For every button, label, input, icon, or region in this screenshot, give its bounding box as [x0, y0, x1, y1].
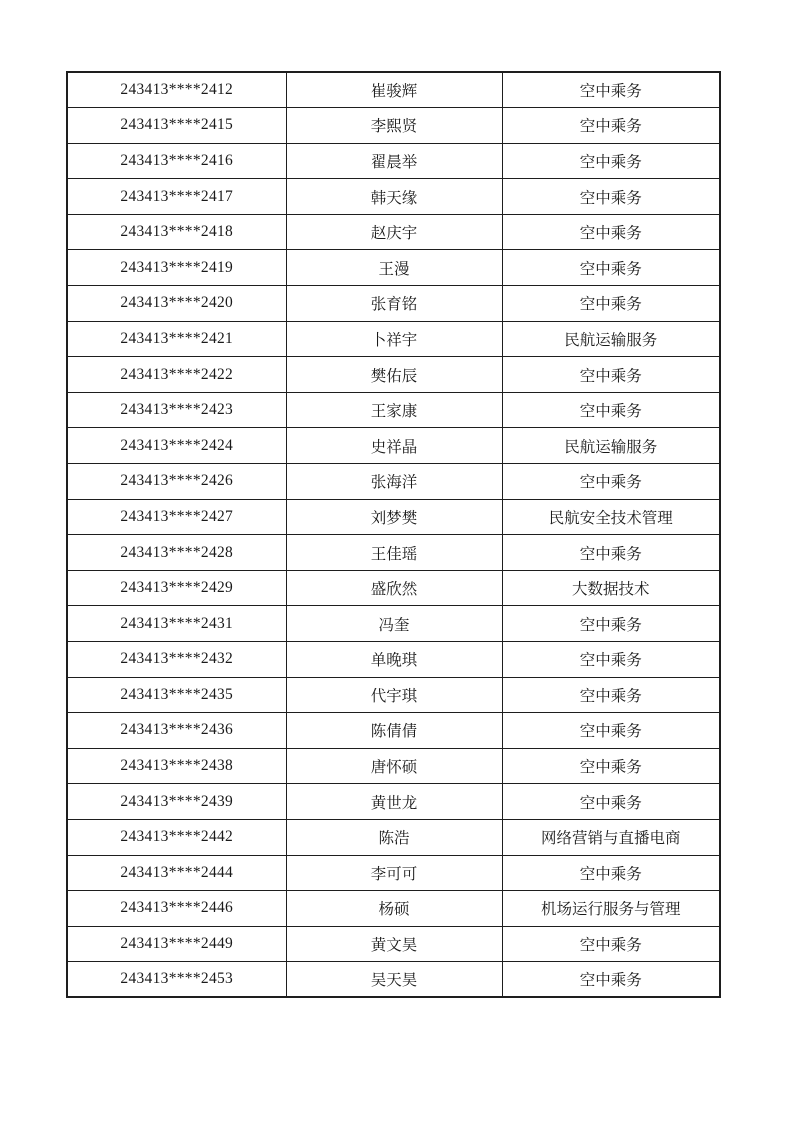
- major-cell: 空中乘务: [502, 143, 720, 179]
- table-row: 243413****2435 代宇琪 空中乘务: [67, 677, 720, 713]
- major-cell: 空中乘务: [502, 962, 720, 998]
- exam-number-cell: 243413****2444: [67, 855, 286, 891]
- table-row: 243413****2426 张海洋 空中乘务: [67, 464, 720, 500]
- major-cell: 网络营销与直播电商: [502, 819, 720, 855]
- student-name-cell: 王家康: [286, 392, 502, 428]
- major-cell: 空中乘务: [502, 214, 720, 250]
- student-name-cell: 赵庆宇: [286, 214, 502, 250]
- student-name-cell: 刘梦樊: [286, 499, 502, 535]
- exam-number-cell: 243413****2423: [67, 392, 286, 428]
- student-name-cell: 黄文昊: [286, 926, 502, 962]
- exam-number-cell: 243413****2453: [67, 962, 286, 998]
- major-cell: 空中乘务: [502, 642, 720, 678]
- table-row: 243413****2423 王家康 空中乘务: [67, 392, 720, 428]
- exam-number-cell: 243413****2421: [67, 321, 286, 357]
- table-row: 243413****2418 赵庆宇 空中乘务: [67, 214, 720, 250]
- exam-number-cell: 243413****2416: [67, 143, 286, 179]
- exam-number-cell: 243413****2439: [67, 784, 286, 820]
- student-name-cell: 王漫: [286, 250, 502, 286]
- major-cell: 空中乘务: [502, 535, 720, 571]
- exam-number-cell: 243413****2432: [67, 642, 286, 678]
- student-name-cell: 韩天缘: [286, 179, 502, 215]
- student-name-cell: 王佳瑶: [286, 535, 502, 571]
- major-cell: 空中乘务: [502, 748, 720, 784]
- student-name-cell: 代宇琪: [286, 677, 502, 713]
- exam-number-cell: 243413****2419: [67, 250, 286, 286]
- major-cell: 空中乘务: [502, 108, 720, 144]
- student-name-cell: 陈浩: [286, 819, 502, 855]
- exam-number-cell: 243413****2426: [67, 464, 286, 500]
- major-cell: 民航运输服务: [502, 321, 720, 357]
- exam-number-cell: 243413****2438: [67, 748, 286, 784]
- document-page: 243413****2412 崔骏辉 空中乘务 243413****2415 李…: [0, 0, 793, 1122]
- table-row: 243413****2415 李熙贤 空中乘务: [67, 108, 720, 144]
- table-row: 243413****2439 黄世龙 空中乘务: [67, 784, 720, 820]
- student-name-cell: 李可可: [286, 855, 502, 891]
- major-cell: 大数据技术: [502, 570, 720, 606]
- major-cell: 机场运行服务与管理: [502, 891, 720, 927]
- table-row: 243413****2421 卜祥宇 民航运输服务: [67, 321, 720, 357]
- table-row: 243413****2417 韩天缘 空中乘务: [67, 179, 720, 215]
- student-name-cell: 冯奎: [286, 606, 502, 642]
- table-row: 243413****2444 李可可 空中乘务: [67, 855, 720, 891]
- student-name-cell: 黄世龙: [286, 784, 502, 820]
- student-name-cell: 陈倩倩: [286, 713, 502, 749]
- student-name-cell: 翟晨举: [286, 143, 502, 179]
- student-name-cell: 李熙贤: [286, 108, 502, 144]
- student-name-cell: 史祥晶: [286, 428, 502, 464]
- student-roster-table: 243413****2412 崔骏辉 空中乘务 243413****2415 李…: [66, 71, 721, 998]
- major-cell: 空中乘务: [502, 855, 720, 891]
- major-cell: 空中乘务: [502, 392, 720, 428]
- student-name-cell: 樊佑辰: [286, 357, 502, 393]
- major-cell: 空中乘务: [502, 784, 720, 820]
- exam-number-cell: 243413****2417: [67, 179, 286, 215]
- table-row: 243413****2431 冯奎 空中乘务: [67, 606, 720, 642]
- table-row: 243413****2449 黄文昊 空中乘务: [67, 926, 720, 962]
- student-name-cell: 盛欣然: [286, 570, 502, 606]
- major-cell: 空中乘务: [502, 179, 720, 215]
- table-row: 243413****2419 王漫 空中乘务: [67, 250, 720, 286]
- major-cell: 空中乘务: [502, 72, 720, 108]
- roster-body: 243413****2412 崔骏辉 空中乘务 243413****2415 李…: [67, 72, 720, 997]
- table-row: 243413****2436 陈倩倩 空中乘务: [67, 713, 720, 749]
- table-row: 243413****2422 樊佑辰 空中乘务: [67, 357, 720, 393]
- student-name-cell: 崔骏辉: [286, 72, 502, 108]
- major-cell: 空中乘务: [502, 713, 720, 749]
- exam-number-cell: 243413****2427: [67, 499, 286, 535]
- major-cell: 空中乘务: [502, 926, 720, 962]
- exam-number-cell: 243413****2422: [67, 357, 286, 393]
- exam-number-cell: 243413****2420: [67, 286, 286, 322]
- exam-number-cell: 243413****2429: [67, 570, 286, 606]
- exam-number-cell: 243413****2415: [67, 108, 286, 144]
- student-name-cell: 唐怀硕: [286, 748, 502, 784]
- major-cell: 空中乘务: [502, 606, 720, 642]
- major-cell: 民航安全技术管理: [502, 499, 720, 535]
- table-row: 243413****2416 翟晨举 空中乘务: [67, 143, 720, 179]
- major-cell: 空中乘务: [502, 250, 720, 286]
- student-name-cell: 吴天昊: [286, 962, 502, 998]
- table-row: 243413****2427 刘梦樊 民航安全技术管理: [67, 499, 720, 535]
- exam-number-cell: 243413****2412: [67, 72, 286, 108]
- exam-number-cell: 243413****2431: [67, 606, 286, 642]
- table-row: 243413****2432 单晚琪 空中乘务: [67, 642, 720, 678]
- table-row: 243413****2442 陈浩 网络营销与直播电商: [67, 819, 720, 855]
- table-row: 243413****2446 杨硕 机场运行服务与管理: [67, 891, 720, 927]
- major-cell: 空中乘务: [502, 464, 720, 500]
- major-cell: 民航运输服务: [502, 428, 720, 464]
- table-row: 243413****2420 张育铭 空中乘务: [67, 286, 720, 322]
- exam-number-cell: 243413****2436: [67, 713, 286, 749]
- student-name-cell: 张海洋: [286, 464, 502, 500]
- table-row: 243413****2429 盛欣然 大数据技术: [67, 570, 720, 606]
- exam-number-cell: 243413****2449: [67, 926, 286, 962]
- student-name-cell: 卜祥宇: [286, 321, 502, 357]
- table-row: 243413****2424 史祥晶 民航运输服务: [67, 428, 720, 464]
- table-row: 243413****2412 崔骏辉 空中乘务: [67, 72, 720, 108]
- major-cell: 空中乘务: [502, 357, 720, 393]
- table-row: 243413****2453 吴天昊 空中乘务: [67, 962, 720, 998]
- major-cell: 空中乘务: [502, 677, 720, 713]
- exam-number-cell: 243413****2428: [67, 535, 286, 571]
- student-name-cell: 单晚琪: [286, 642, 502, 678]
- exam-number-cell: 243413****2435: [67, 677, 286, 713]
- student-name-cell: 杨硕: [286, 891, 502, 927]
- student-name-cell: 张育铭: [286, 286, 502, 322]
- table-row: 243413****2428 王佳瑶 空中乘务: [67, 535, 720, 571]
- table-row: 243413****2438 唐怀硕 空中乘务: [67, 748, 720, 784]
- exam-number-cell: 243413****2418: [67, 214, 286, 250]
- exam-number-cell: 243413****2446: [67, 891, 286, 927]
- exam-number-cell: 243413****2424: [67, 428, 286, 464]
- major-cell: 空中乘务: [502, 286, 720, 322]
- exam-number-cell: 243413****2442: [67, 819, 286, 855]
